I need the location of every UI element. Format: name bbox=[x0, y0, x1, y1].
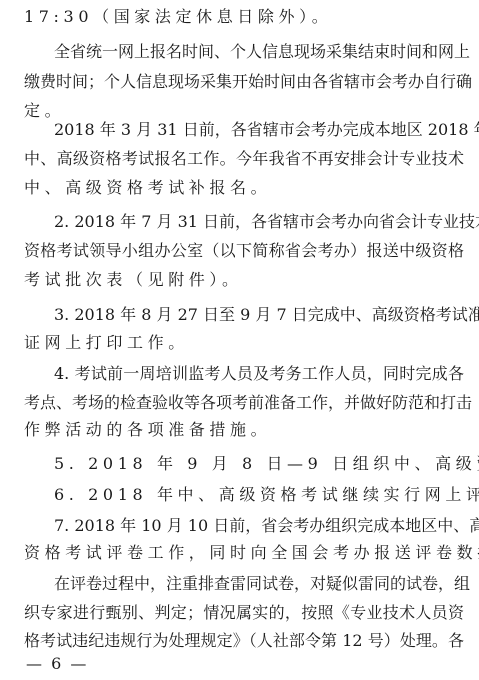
text-line: 在评卷过程中，注重排查雷同试卷，对疑似雷同的试卷，组 bbox=[54, 574, 464, 594]
text-line: 6. 2018 年中、高级资格考试继续实行网上评卷。 bbox=[54, 485, 464, 505]
text-line: 格考试违纪违规行为处理规定》（人社部令第 12 号）处理。各 bbox=[24, 631, 464, 651]
text-line: 2018 年 3 月 31 日前，各省辖市会考办完成本地区 2018 年度 bbox=[54, 120, 464, 140]
page-number: — 6 — bbox=[26, 654, 88, 674]
text-line: 证网上打印工作。 bbox=[24, 333, 464, 353]
text-line: 作弊活动的各项准备措施。 bbox=[24, 420, 464, 440]
text-line: 中、高级资格考试报名工作。今年我省不再安排会计专业技术 bbox=[24, 149, 464, 169]
document-page: 17:30（国家法定休息日除外）。 全省统一网上报名时间、个人信息现场采集结束时… bbox=[0, 0, 479, 680]
text-line: 5. 2018 年 9 月 8 日—9 日组织中、高级资格考试。 bbox=[54, 454, 464, 474]
text-line: 全省统一网上报名时间、个人信息现场采集结束时间和网上 bbox=[54, 42, 464, 62]
text-line: 缴费时间；个人信息现场采集开始时间由各省辖市会考办自行确 bbox=[24, 72, 464, 92]
text-line: 中、高级资格考试补报名。 bbox=[24, 178, 464, 198]
text-line: 资格考试评卷工作，同时向全国会考办报送评卷数据。 bbox=[24, 543, 464, 563]
text-line: 织专家进行甄别、判定；情况属实的，按照《专业技术人员资 bbox=[24, 603, 464, 623]
text-line: 4. 考试前一周培训监考人员及考务工作人员，同时完成各 bbox=[54, 364, 464, 384]
text-line: 资格考试领导小组办公室（以下简称省会考办）报送中级资格 bbox=[24, 241, 464, 261]
text-line: 定。 bbox=[24, 101, 464, 121]
text-line: 考试批次表（见附件）。 bbox=[24, 270, 464, 290]
text-line: 3. 2018 年 8 月 27 日至 9 月 7 日完成中、高级资格考试准考 bbox=[54, 305, 464, 325]
text-line: 考点、考场的检查验收等各项考前准备工作，并做好防范和打击 bbox=[24, 393, 464, 413]
text-line: 7. 2018 年 10 月 10 日前，省会考办组织完成本地区中、高级 bbox=[54, 516, 464, 536]
text-line: 2. 2018 年 7 月 31 日前，各省辖市会考办向省会计专业技术 bbox=[54, 212, 464, 232]
text-line: 17:30（国家法定休息日除外）。 bbox=[24, 7, 464, 27]
